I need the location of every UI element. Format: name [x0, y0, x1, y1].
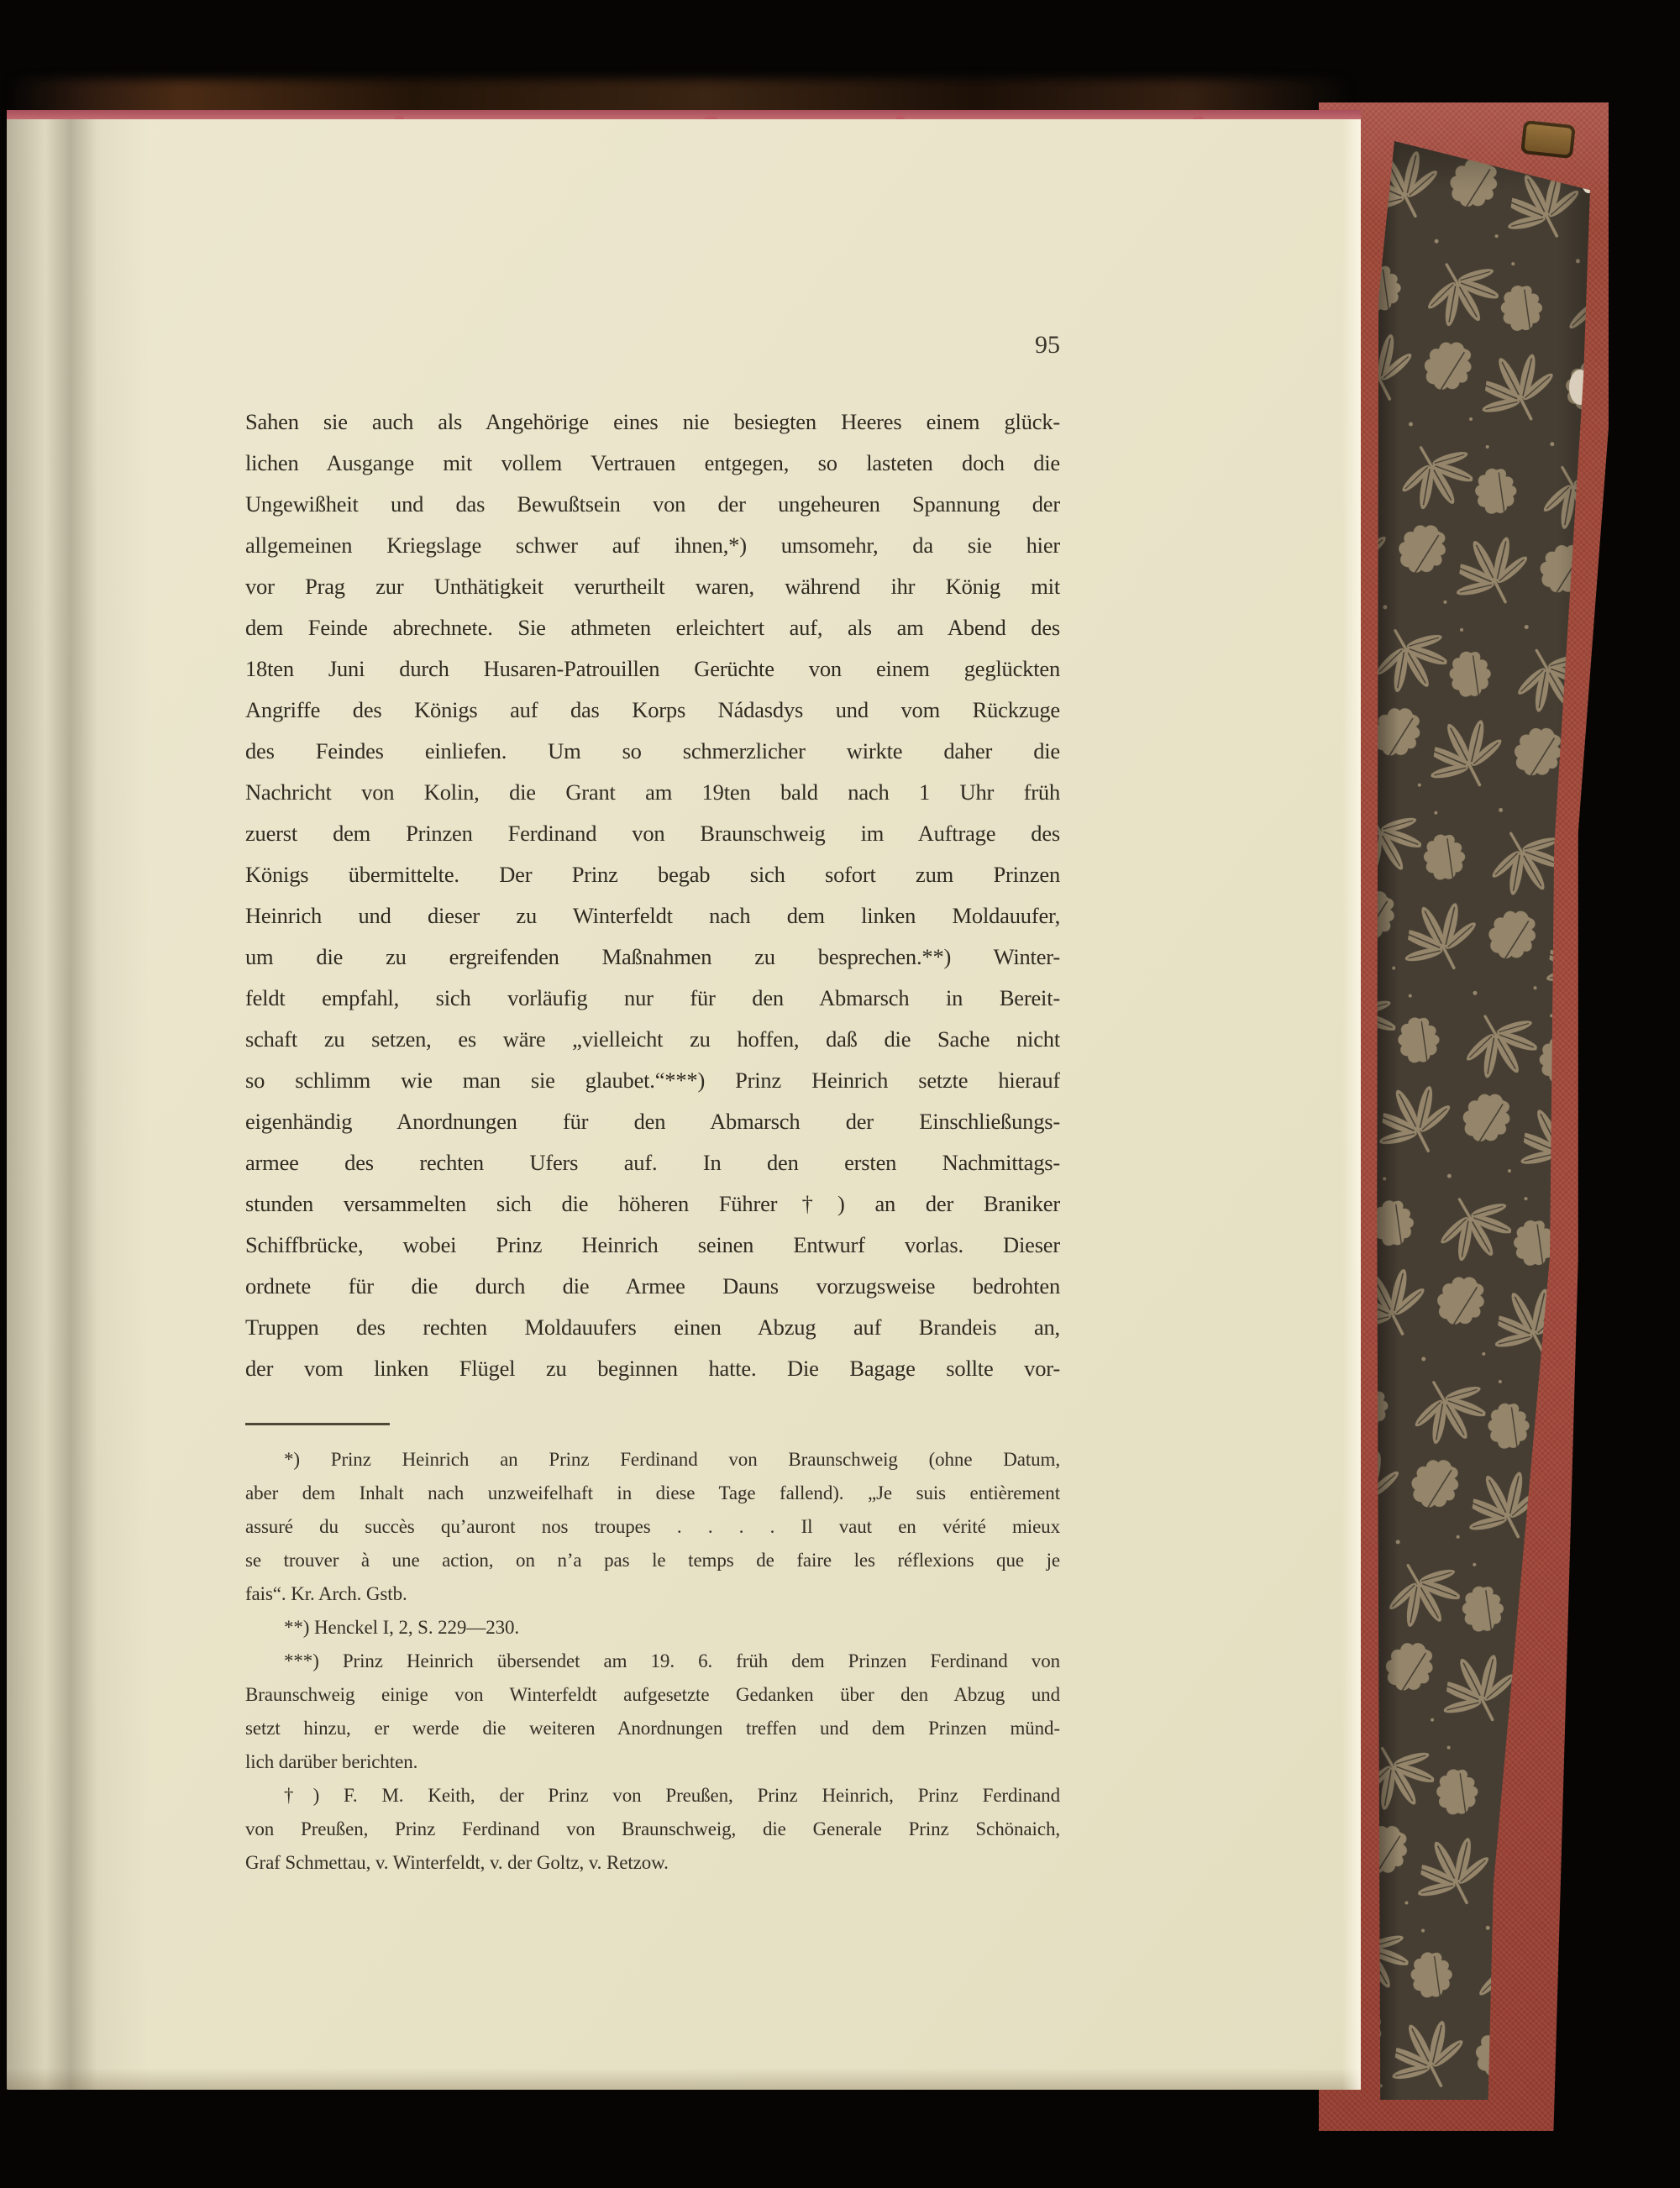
footnote-rule	[245, 1423, 390, 1425]
footnote-line: assuré du succès qu’auront nos troupes .…	[245, 1510, 1060, 1544]
footnote-line: **) Henckel I, 2, S. 229—230.	[245, 1611, 1060, 1645]
page-bottom-shadow	[7, 2068, 1361, 2090]
body-line: Ungewißheit und das Bewußtsein von der u…	[245, 484, 1060, 525]
page-top-red-edge	[7, 110, 1361, 119]
body-line: so schlimm wie man sie glaubet.“***) Pri…	[245, 1060, 1060, 1101]
footnote-line: ***) Prinz Heinrich übersendet am 19. 6.…	[245, 1645, 1060, 1678]
footnote-line: setzt hinzu, er werde die weiteren Anord…	[245, 1712, 1060, 1745]
headband-remnant	[1520, 120, 1576, 159]
footnote-line: lich darüber berichten.	[245, 1745, 1060, 1779]
footnote-line: von Preußen, Prinz Ferdinand von Braunsc…	[245, 1813, 1060, 1846]
body-line: zuerst dem Prinzen Ferdinand von Braunsc…	[245, 813, 1060, 854]
footnote-line: Graf Schmettau, v. Winterfeldt, v. der G…	[245, 1846, 1060, 1880]
body-line: Sahen sie auch als Angehörige eines nie …	[245, 401, 1060, 443]
body-line: um die zu ergreifenden Maßnahmen zu besp…	[245, 937, 1060, 978]
body-line: dem Feinde abrechnete. Sie athmeten erle…	[245, 607, 1060, 648]
footnote-line: Braunschweig einige von Winterfeldt aufg…	[245, 1678, 1060, 1712]
footnote-line: †) F. M. Keith, der Prinz von Preußen, P…	[245, 1779, 1060, 1813]
body-line: armee des rechten Ufers auf. In den erst…	[245, 1142, 1060, 1183]
body-line: Heinrich und dieser zu Winterfeldt nach …	[245, 895, 1060, 937]
body-line: ordnete für die durch die Armee Dauns vo…	[245, 1266, 1060, 1307]
book-page: 95 Sahen sie auch als Angehörige eines n…	[7, 118, 1361, 2090]
body-line: Nachricht von Kolin, die Grant am 19ten …	[245, 772, 1060, 813]
footnote-line: fais“. Kr. Arch. Gstb.	[245, 1577, 1060, 1611]
body-line: schaft zu setzen, es wäre „vielleicht zu…	[245, 1019, 1060, 1060]
body-text: Sahen sie auch als Angehörige eines nie …	[245, 401, 1060, 1389]
footnotes: *) Prinz Heinrich an Prinz Ferdinand von…	[245, 1443, 1060, 1880]
worn-patch	[1558, 2049, 1590, 2096]
body-line: allgemeinen Kriegslage schwer auf ihnen,…	[245, 525, 1060, 566]
body-line: vor Prag zur Unthätigkeit verurtheilt wa…	[245, 566, 1060, 607]
body-line: der vom linken Flügel zu beginnen hatte.…	[245, 1348, 1060, 1389]
footnote-line: se trouver à une action, on n’a pas le t…	[245, 1544, 1060, 1577]
footnote-line: aber dem Inhalt nach unzweifelhaft in di…	[245, 1477, 1060, 1510]
page-number: 95	[245, 331, 1060, 359]
body-line: des Feindes einliefen. Um so schmerzlich…	[245, 731, 1060, 772]
footnote-line: *) Prinz Heinrich an Prinz Ferdinand von…	[245, 1443, 1060, 1477]
body-line: 18ten Juni durch Husaren-Patrouillen Ger…	[245, 648, 1060, 690]
body-line: Schiffbrücke, wobei Prinz Heinrich seine…	[245, 1225, 1060, 1266]
book-photo-scene: 95 Sahen sie auch als Angehörige eines n…	[0, 0, 1680, 2188]
body-line: lichen Ausgange mit vollem Vertrauen ent…	[245, 443, 1060, 484]
gutter-shadow	[7, 118, 175, 2090]
body-line: eigenhändig Anordnungen für den Abmarsch…	[245, 1101, 1060, 1142]
body-line: Truppen des rechten Moldauufers einen Ab…	[245, 1307, 1060, 1348]
body-line: Angriffe des Königs auf das Korps Nádasd…	[245, 690, 1060, 731]
body-line: stunden versammelten sich die höheren Fü…	[245, 1183, 1060, 1225]
body-line: feldt empfahl, sich vorläufig nur für de…	[245, 978, 1060, 1019]
body-line: Königs übermittelte. Der Prinz begab sic…	[245, 854, 1060, 895]
